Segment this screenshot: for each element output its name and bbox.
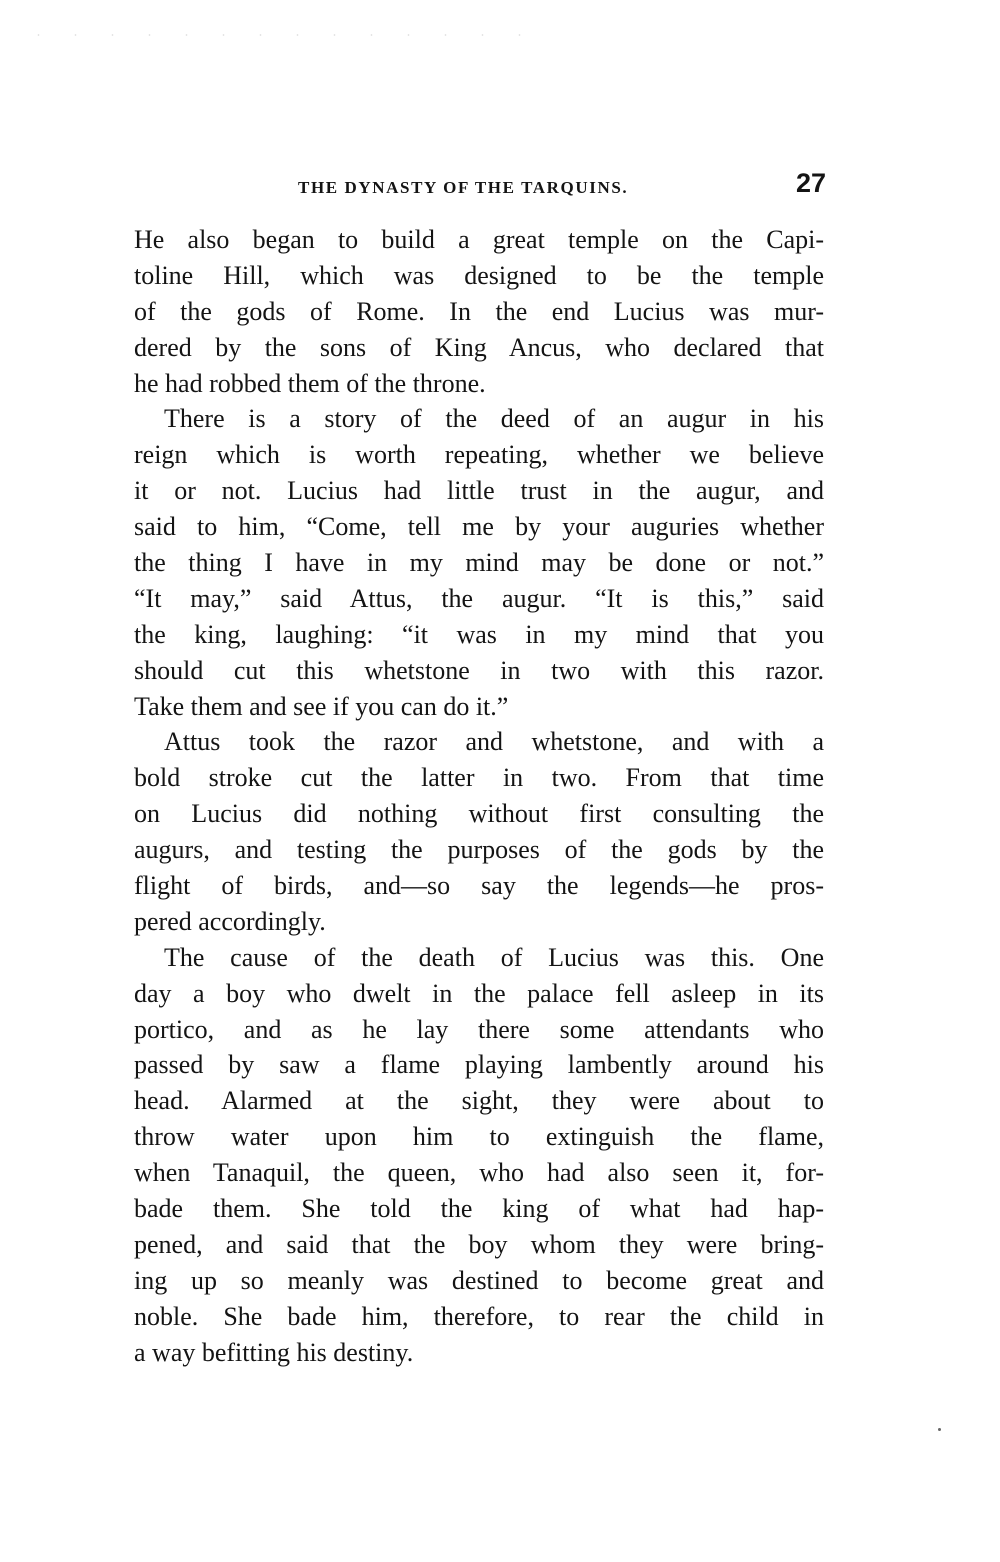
text-line: “It may,” said Attus, the augur. “It is … bbox=[134, 581, 824, 617]
text-line: throw water upon him to extinguish the f… bbox=[134, 1119, 824, 1155]
text-line: should cut this whetstone in two with th… bbox=[134, 653, 824, 689]
scan-noise bbox=[20, 32, 540, 40]
text-line: toline Hill, which was designed to be th… bbox=[134, 258, 824, 294]
text-line: said to him, “Come, tell me by your augu… bbox=[134, 509, 824, 545]
text-line: the thing I have in my mind may be done … bbox=[134, 545, 824, 581]
text-line: He also began to build a great temple on… bbox=[134, 222, 824, 258]
text-line: augurs, and testing the purposes of the … bbox=[134, 832, 824, 868]
text-line: dered by the sons of King Ancus, who dec… bbox=[134, 330, 824, 366]
text-line: when Tanaquil, the queen, who had also s… bbox=[134, 1155, 824, 1191]
text-line: head. Alarmed at the sight, they were ab… bbox=[134, 1083, 824, 1119]
text-line: bade them. She told the king of what had… bbox=[134, 1191, 824, 1227]
paragraph: He also began to build a great temple on… bbox=[134, 222, 824, 401]
text-line: passed by saw a flame playing lambently … bbox=[134, 1047, 824, 1083]
text-line: There is a story of the deed of an augur… bbox=[134, 401, 824, 437]
paragraph: The cause of the death of Lucius was thi… bbox=[134, 940, 824, 1371]
text-line: portico, and as he lay there some attend… bbox=[134, 1012, 824, 1048]
text-line: bold stroke cut the latter in two. From … bbox=[134, 760, 824, 796]
text-line: ing up so meanly was destined to become … bbox=[134, 1263, 824, 1299]
text-line: the king, laughing: “it was in my mind t… bbox=[134, 617, 824, 653]
body-text: He also began to build a great temple on… bbox=[134, 222, 824, 1371]
paragraph: There is a story of the deed of an augur… bbox=[134, 401, 824, 724]
text-line: it or not. Lucius had little trust in th… bbox=[134, 473, 824, 509]
margin-speck bbox=[938, 1428, 941, 1431]
text-line: flight of birds, and—so say the legends—… bbox=[134, 868, 824, 904]
text-line: pened, and said that the boy whom they w… bbox=[134, 1227, 824, 1263]
text-line: Attus took the razor and whetstone, and … bbox=[134, 724, 824, 760]
text-line: Take them and see if you can do it.” bbox=[134, 689, 824, 725]
text-line: pered accordingly. bbox=[134, 904, 824, 940]
text-line: he had robbed them of the throne. bbox=[134, 366, 824, 402]
book-page: THE DYNASTY OF THE TARQUINS. 27 He also … bbox=[0, 0, 1000, 1562]
paragraph: Attus took the razor and whetstone, and … bbox=[134, 724, 824, 939]
text-line: The cause of the death of Lucius was thi… bbox=[134, 940, 824, 976]
text-line: a way befitting his destiny. bbox=[134, 1335, 824, 1371]
running-title: THE DYNASTY OF THE TARQUINS. bbox=[298, 178, 628, 198]
text-line: noble. She bade him, therefore, to rear … bbox=[134, 1299, 824, 1335]
text-line: day a boy who dwelt in the palace fell a… bbox=[134, 976, 824, 1012]
text-line: of the gods of Rome. In the end Lucius w… bbox=[134, 294, 824, 330]
page-number: 27 bbox=[796, 168, 826, 199]
text-line: reign which is worth repeating, whether … bbox=[134, 437, 824, 473]
running-head: THE DYNASTY OF THE TARQUINS. 27 bbox=[298, 168, 826, 204]
text-line: on Lucius did nothing without first cons… bbox=[134, 796, 824, 832]
